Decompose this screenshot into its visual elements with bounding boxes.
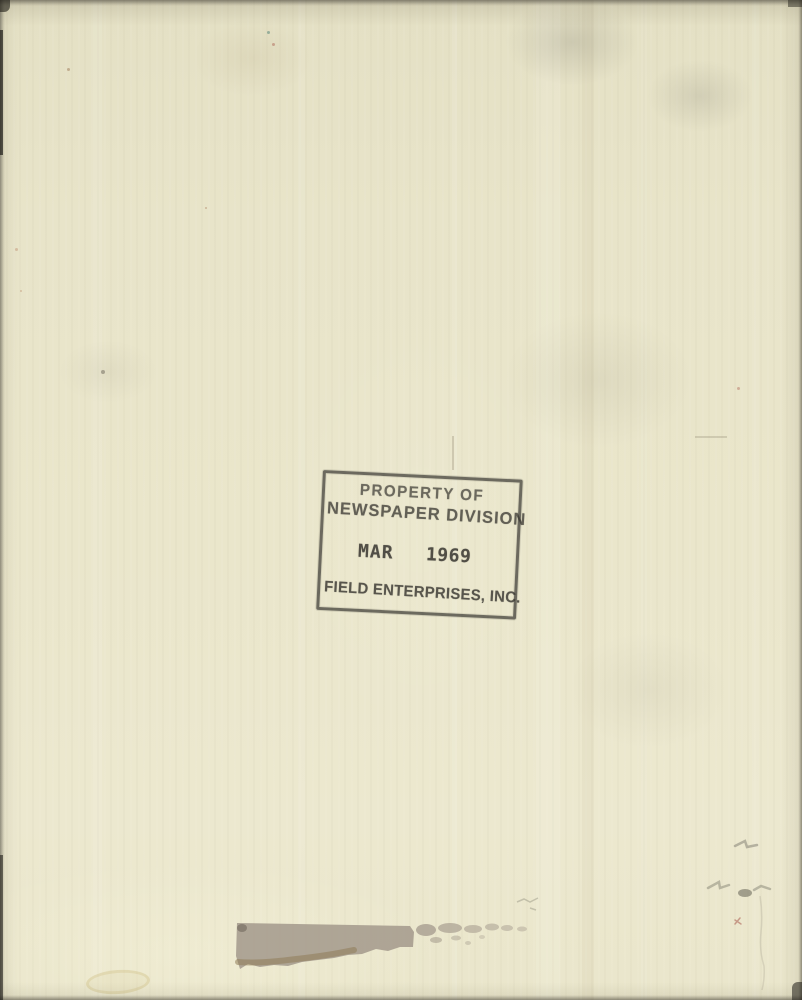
scan-vignette [0,0,802,1000]
scanner-corner-mark [792,982,802,1000]
scanner-edge-top [0,0,802,6]
scanner-edge-bottom [0,995,802,1000]
scanner-edge-dark-segment [0,30,3,155]
scanner-edge-dark-segment [0,855,3,1000]
scanner-edge-right [798,0,802,1000]
scanner-corner-mark [788,0,802,7]
photo-verso-scan: PROPERTY OF NEWSPAPER DIVISION MAR 1969 … [0,0,802,1000]
